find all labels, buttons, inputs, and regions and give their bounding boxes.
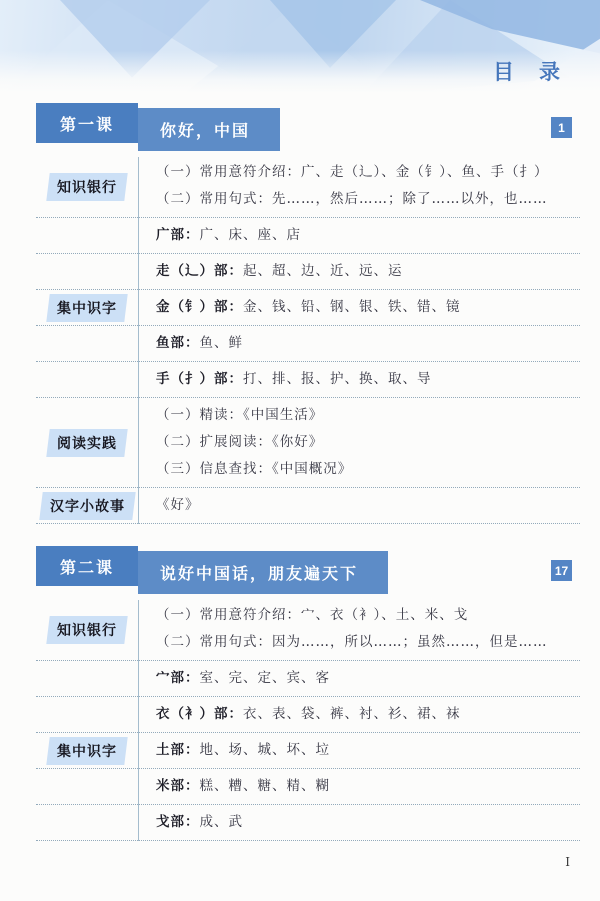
section-label-text: 集中识字: [57, 741, 117, 761]
content-line: 米部：糕、糟、糖、精、糊: [156, 773, 576, 800]
radical-chars: 《好》: [156, 497, 200, 513]
table-row: 衣（衤）部：衣、表、袋、裤、衬、衫、裙、袜: [36, 697, 580, 733]
table-row: 广部：广、床、座、店: [36, 218, 580, 254]
radical-chars: 金、钱、铅、钢、银、铁、错、镜: [243, 299, 461, 315]
radical-chars: 糕、糟、糖、精、糊: [200, 778, 331, 794]
table-row: 戈部：成、武: [36, 805, 580, 841]
lesson-header: 第二课说好中国话，朋友遍天下17: [36, 546, 580, 594]
toc-section: 阅读实践（一）精读：《中国生活》（二）扩展阅读：《你好》（三）信息查找：《中国概…: [36, 398, 580, 488]
lesson-block: 第一课你好，中国1知识银行（一）常用意符介绍：广、走（辶）、金（钅）、鱼、手（扌…: [36, 103, 580, 524]
toc-section: 集中识字广部：广、床、座、店走（辶）部：起、超、边、近、远、运金（钅）部：金、钱…: [36, 218, 580, 398]
toc-section: 集中识字宀部：室、完、定、宾、客衣（衤）部：衣、表、袋、裤、衬、衫、裙、袜土部：…: [36, 661, 580, 841]
radical-chars: 鱼、鲜: [200, 335, 244, 351]
content-line: 土部：地、场、城、坏、垃: [156, 737, 576, 764]
toc-section: 知识银行（一）常用意符介绍：广、走（辶）、金（钅）、鱼、手（扌）（二）常用句式：…: [36, 155, 580, 218]
section-label-text: 知识银行: [57, 177, 117, 197]
content-line: （二）扩展阅读：《你好》: [156, 429, 576, 456]
content-line: （二）常用句式：先……，然后……；除了……以外，也……: [156, 186, 576, 213]
radical-label: 米部：: [156, 778, 200, 794]
section-label-text: 汉字小故事: [50, 496, 125, 516]
section-label: 知识银行: [46, 616, 127, 644]
section-label: 知识银行: [46, 173, 127, 201]
content-line: 鱼部：鱼、鲜: [156, 330, 576, 357]
lesson-header: 第一课你好，中国1: [36, 103, 580, 151]
radical-chars: 成、武: [200, 814, 244, 830]
table-row: 米部：糕、糟、糖、精、糊: [36, 769, 580, 805]
lesson-number: 第二课: [36, 546, 138, 586]
radical-label: 戈部：: [156, 814, 200, 830]
section-label: 汉字小故事: [39, 492, 135, 520]
lesson-title: 你好，中国: [138, 108, 280, 151]
radical-label: 宀部：: [156, 670, 200, 686]
content-line: （一）常用意符介绍：宀、衣（衤）、土、米、戈: [156, 602, 576, 629]
radical-label: 手（扌）部：: [156, 371, 243, 387]
lesson-number: 第一课: [36, 103, 138, 143]
section-label-wrap: 集中识字: [36, 294, 138, 322]
lesson-table: 知识银行（一）常用意符介绍：宀、衣（衤）、土、米、戈（二）常用句式：因为……，所…: [36, 598, 580, 841]
content-line: 宀部：室、完、定、宾、客: [156, 665, 576, 692]
radical-label: 金（钅）部：: [156, 299, 243, 315]
content-line: （一）精读：《中国生活》: [156, 402, 576, 429]
lesson-title: 说好中国话，朋友遍天下: [138, 551, 388, 594]
radical-chars: 广、床、座、店: [200, 227, 302, 243]
content-line: （二）常用句式：因为……，所以……；虽然……，但是……: [156, 629, 576, 656]
content-line: 衣（衤）部：衣、表、袋、裤、衬、衫、裙、袜: [156, 701, 576, 728]
toc-content: 第一课你好，中国1知识银行（一）常用意符介绍：广、走（辶）、金（钅）、鱼、手（扌…: [36, 103, 580, 863]
lesson-table: 知识银行（一）常用意符介绍：广、走（辶）、金（钅）、鱼、手（扌）（二）常用句式：…: [36, 155, 580, 524]
table-row: 走（辶）部：起、超、边、近、远、运: [36, 254, 580, 290]
page-number-badge: 1: [551, 117, 572, 138]
section-label-text: 知识银行: [57, 620, 117, 640]
table-row: 手（扌）部：打、排、报、护、换、取、导: [36, 362, 580, 398]
content-line: 手（扌）部：打、排、报、护、换、取、导: [156, 366, 576, 393]
table-row: 宀部：室、完、定、宾、客: [36, 661, 580, 697]
section-label: 阅读实践: [46, 429, 127, 457]
content-line: 走（辶）部：起、超、边、近、远、运: [156, 258, 576, 285]
table-row: 鱼部：鱼、鲜: [36, 326, 580, 362]
section-label-text: 集中识字: [57, 298, 117, 318]
section-label-wrap: 知识银行: [36, 616, 138, 644]
radical-chars: 打、排、报、护、换、取、导: [243, 371, 432, 387]
content-line: 《好》: [156, 492, 576, 519]
radical-label: 鱼部：: [156, 335, 200, 351]
toc-section: 知识银行（一）常用意符介绍：宀、衣（衤）、土、米、戈（二）常用句式：因为……，所…: [36, 598, 580, 661]
section-label-wrap: 知识银行: [36, 173, 138, 201]
radical-chars: 室、完、定、宾、客: [200, 670, 331, 686]
section-label-wrap: 集中识字: [36, 737, 138, 765]
section-label: 集中识字: [46, 294, 127, 322]
radical-label: 土部：: [156, 742, 200, 758]
radical-label: 走（辶）部：: [156, 263, 243, 279]
content-line: 戈部：成、武: [156, 809, 576, 836]
section-label-wrap: 阅读实践: [36, 429, 138, 457]
radical-chars: 地、场、城、坏、垃: [200, 742, 331, 758]
section-label-wrap: 汉字小故事: [36, 492, 138, 520]
page-number-badge: 17: [551, 560, 572, 581]
section-label-text: 阅读实践: [57, 433, 117, 453]
lesson-block: 第二课说好中国话，朋友遍天下17知识银行（一）常用意符介绍：宀、衣（衤）、土、米…: [36, 546, 580, 841]
content-line: 广部：广、床、座、店: [156, 222, 576, 249]
toc-page-title: 目 录: [493, 56, 562, 86]
toc-section: 汉字小故事《好》: [36, 488, 580, 524]
radical-chars: 起、超、边、近、远、运: [243, 263, 403, 279]
footer-page-number: I: [565, 855, 570, 869]
radical-label: 广部：: [156, 227, 200, 243]
content-line: 金（钅）部：金、钱、铅、钢、银、铁、错、镜: [156, 294, 576, 321]
content-line: （一）常用意符介绍：广、走（辶）、金（钅）、鱼、手（扌）: [156, 159, 576, 186]
content-line: （三）信息查找：《中国概况》: [156, 456, 576, 483]
radical-chars: 衣、表、袋、裤、衬、衫、裙、袜: [243, 706, 461, 722]
section-label: 集中识字: [46, 737, 127, 765]
radical-label: 衣（衤）部：: [156, 706, 243, 722]
